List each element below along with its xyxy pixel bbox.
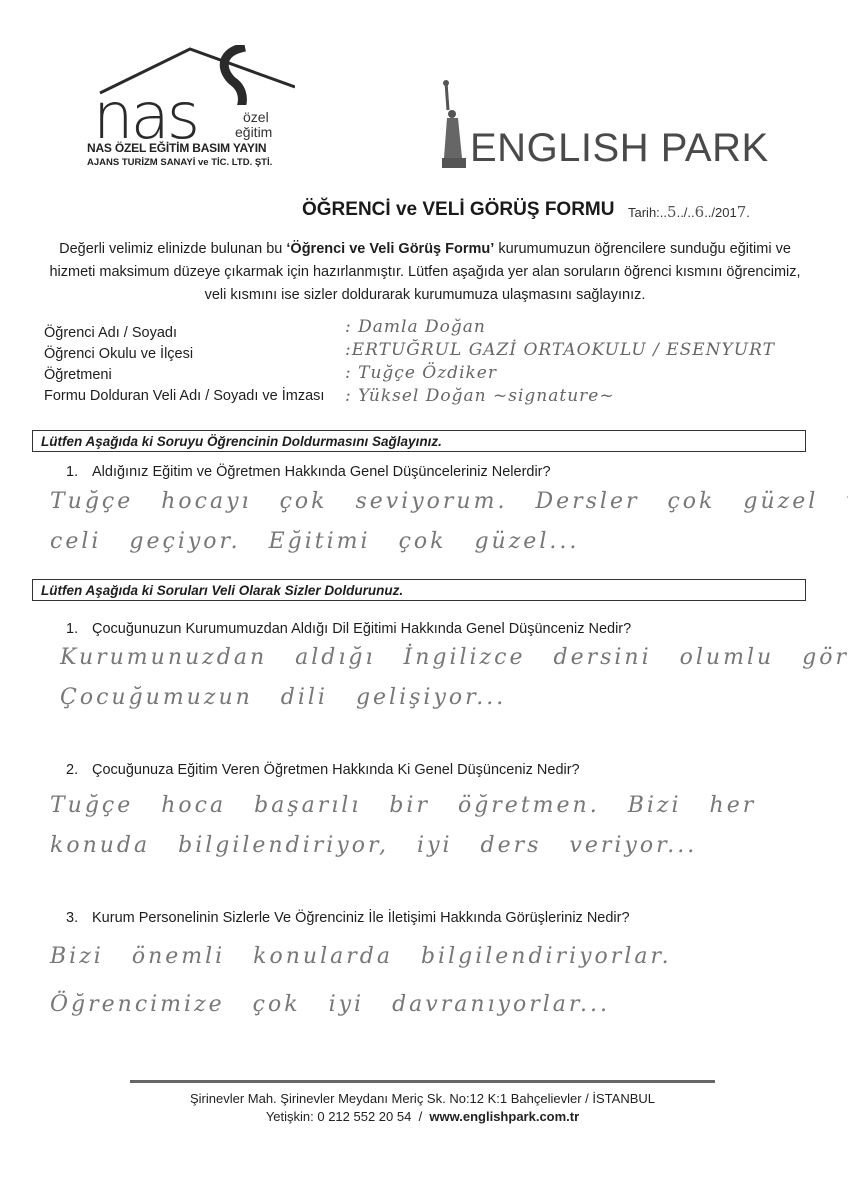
nas-tagline-1: özel xyxy=(235,110,272,125)
footer-contact: Yetişkin: 0 212 552 20 54 / www.englishp… xyxy=(130,1108,715,1126)
footer-address: Şirinevler Mah. Şirinevler Meydanı Meriç… xyxy=(130,1090,715,1108)
nas-logo: nas özel eğitim NAS ÖZEL EĞİTİM BASIM YA… xyxy=(85,45,295,175)
parent-name-label: Formu Dolduran Veli Adı / Soyadı ve İmza… xyxy=(44,386,324,407)
info-labels: Öğrenci Adı / Soyadı Öğrenci Okulu ve İl… xyxy=(44,323,324,407)
answer-line: Tuğçe hocayı çok seviyorum. Dersler çok … xyxy=(50,482,848,522)
intro-paragraph: Değerli velimiz elinizde bulunan bu ‘Öğr… xyxy=(40,238,810,307)
nas-tagline-2: eğitim xyxy=(235,125,272,140)
teacher-field[interactable]: : Tuğçe Özdiker xyxy=(345,362,775,385)
date-month[interactable]: 6 xyxy=(695,203,705,221)
english-park-logo: ENGLISH PARK xyxy=(440,80,790,175)
brand-name: ENGLISH PARK xyxy=(470,127,769,169)
footer: Şirinevler Mah. Şirinevler Meydanı Meriç… xyxy=(130,1090,715,1126)
answer-line: Kurumunuzdan aldığı İngilizce dersini ol… xyxy=(60,638,848,678)
teacher-label: Öğretmeni xyxy=(44,365,324,386)
statue-of-liberty-icon xyxy=(440,80,470,170)
student-section-heading: Lütfen Aşağıda ki Soruyu Öğrencinin Dold… xyxy=(32,430,806,452)
answer-line: celi geçiyor. Eğitimi çok güzel... xyxy=(50,522,848,562)
question-number: 1. xyxy=(66,464,92,480)
form-date: Tarih:..5../..6../2017. xyxy=(628,203,750,221)
nas-company-line-2: AJANS TURİZM SANAYİ ve TİC. LTD. ŞTİ. xyxy=(87,157,272,168)
student-answer-1[interactable]: Tuğçe hocayı çok seviyorum. Dersler çok … xyxy=(50,482,848,562)
date-day[interactable]: 5 xyxy=(667,203,677,221)
question-text: Kurum Personelinin Sizlerle Ve Öğrencini… xyxy=(92,910,630,926)
question-text: Çocuğunuzun Kurumumuzdan Aldığı Dil Eğit… xyxy=(92,621,631,637)
info-values: : Damla Doğan :ERTUĞRUL GAZİ ORTAOKULU /… xyxy=(345,316,775,408)
parent-question-2: 2.Çocuğunuza Eğitim Veren Öğretmen Hakkı… xyxy=(66,762,580,778)
answer-line: konuda bilgilendiriyor, iyi ders veriyor… xyxy=(50,826,756,866)
footer-divider xyxy=(130,1080,715,1083)
footer-phone: Yetişkin: 0 212 552 20 54 / xyxy=(266,1109,430,1124)
parent-question-3: 3.Kurum Personelinin Sizlerle Ve Öğrenci… xyxy=(66,910,630,926)
date-label: Tarih: xyxy=(628,205,660,220)
student-school-field[interactable]: :ERTUĞRUL GAZİ ORTAOKULU / ESENYURT xyxy=(345,339,775,362)
parent-answer-2[interactable]: Tuğçe hoca başarılı bir öğretmen. Bizi h… xyxy=(50,786,756,866)
student-question-1: 1.Aldığınız Eğitim ve Öğretmen Hakkında … xyxy=(66,464,551,480)
nas-company-line-1: NAS ÖZEL EĞİTİM BASIM YAYIN xyxy=(87,141,266,155)
question-number: 2. xyxy=(66,762,92,778)
question-text: Aldığınız Eğitim ve Öğretmen Hakkında Ge… xyxy=(92,464,551,480)
student-school-label: Öğrenci Okulu ve İlçesi xyxy=(44,344,324,365)
parent-answer-1[interactable]: Kurumunuzdan aldığı İngilizce dersini ol… xyxy=(60,638,848,718)
answer-line: Çocuğumuzun dili gelişiyor... xyxy=(60,678,848,718)
answer-line: Tuğçe hoca başarılı bir öğretmen. Bizi h… xyxy=(50,786,756,826)
parent-section-heading: Lütfen Aşağıda ki Soruları Veli Olarak S… xyxy=(32,579,806,601)
answer-line: Öğrencimize çok iyi davranıyorlar... xyxy=(50,981,672,1029)
parent-answer-3[interactable]: Bizi önemli konularda bilgilendiriyorlar… xyxy=(50,933,672,1029)
footer-website-link[interactable]: www.englishpark.com.tr xyxy=(429,1109,579,1124)
parent-name-signature-field[interactable]: : Yüksel Doğan ~signature~ xyxy=(345,385,775,408)
date-year-last[interactable]: 7 xyxy=(737,203,747,221)
form-title: ÖĞRENCİ ve VELİ GÖRÜŞ FORMU xyxy=(302,199,614,221)
question-text: Çocuğunuza Eğitim Veren Öğretmen Hakkınd… xyxy=(92,762,580,778)
student-name-label: Öğrenci Adı / Soyadı xyxy=(44,323,324,344)
question-number: 3. xyxy=(66,910,92,926)
answer-line: Bizi önemli konularda bilgilendiriyorlar… xyxy=(50,933,672,981)
nas-wordmark: nas xyxy=(93,85,197,149)
question-number: 1. xyxy=(66,621,92,637)
intro-form-name: ‘Öğrenci ve Veli Görüş Formu’ xyxy=(286,241,494,257)
intro-text-1: Değerli velimiz elinizde bulunan bu xyxy=(59,241,286,257)
nas-tagline: özel eğitim xyxy=(235,110,272,140)
parent-question-1: 1.Çocuğunuzun Kurumumuzdan Aldığı Dil Eğ… xyxy=(66,621,631,637)
student-name-field[interactable]: : Damla Doğan xyxy=(345,316,775,339)
date-year-prefix: 201 xyxy=(715,205,737,220)
